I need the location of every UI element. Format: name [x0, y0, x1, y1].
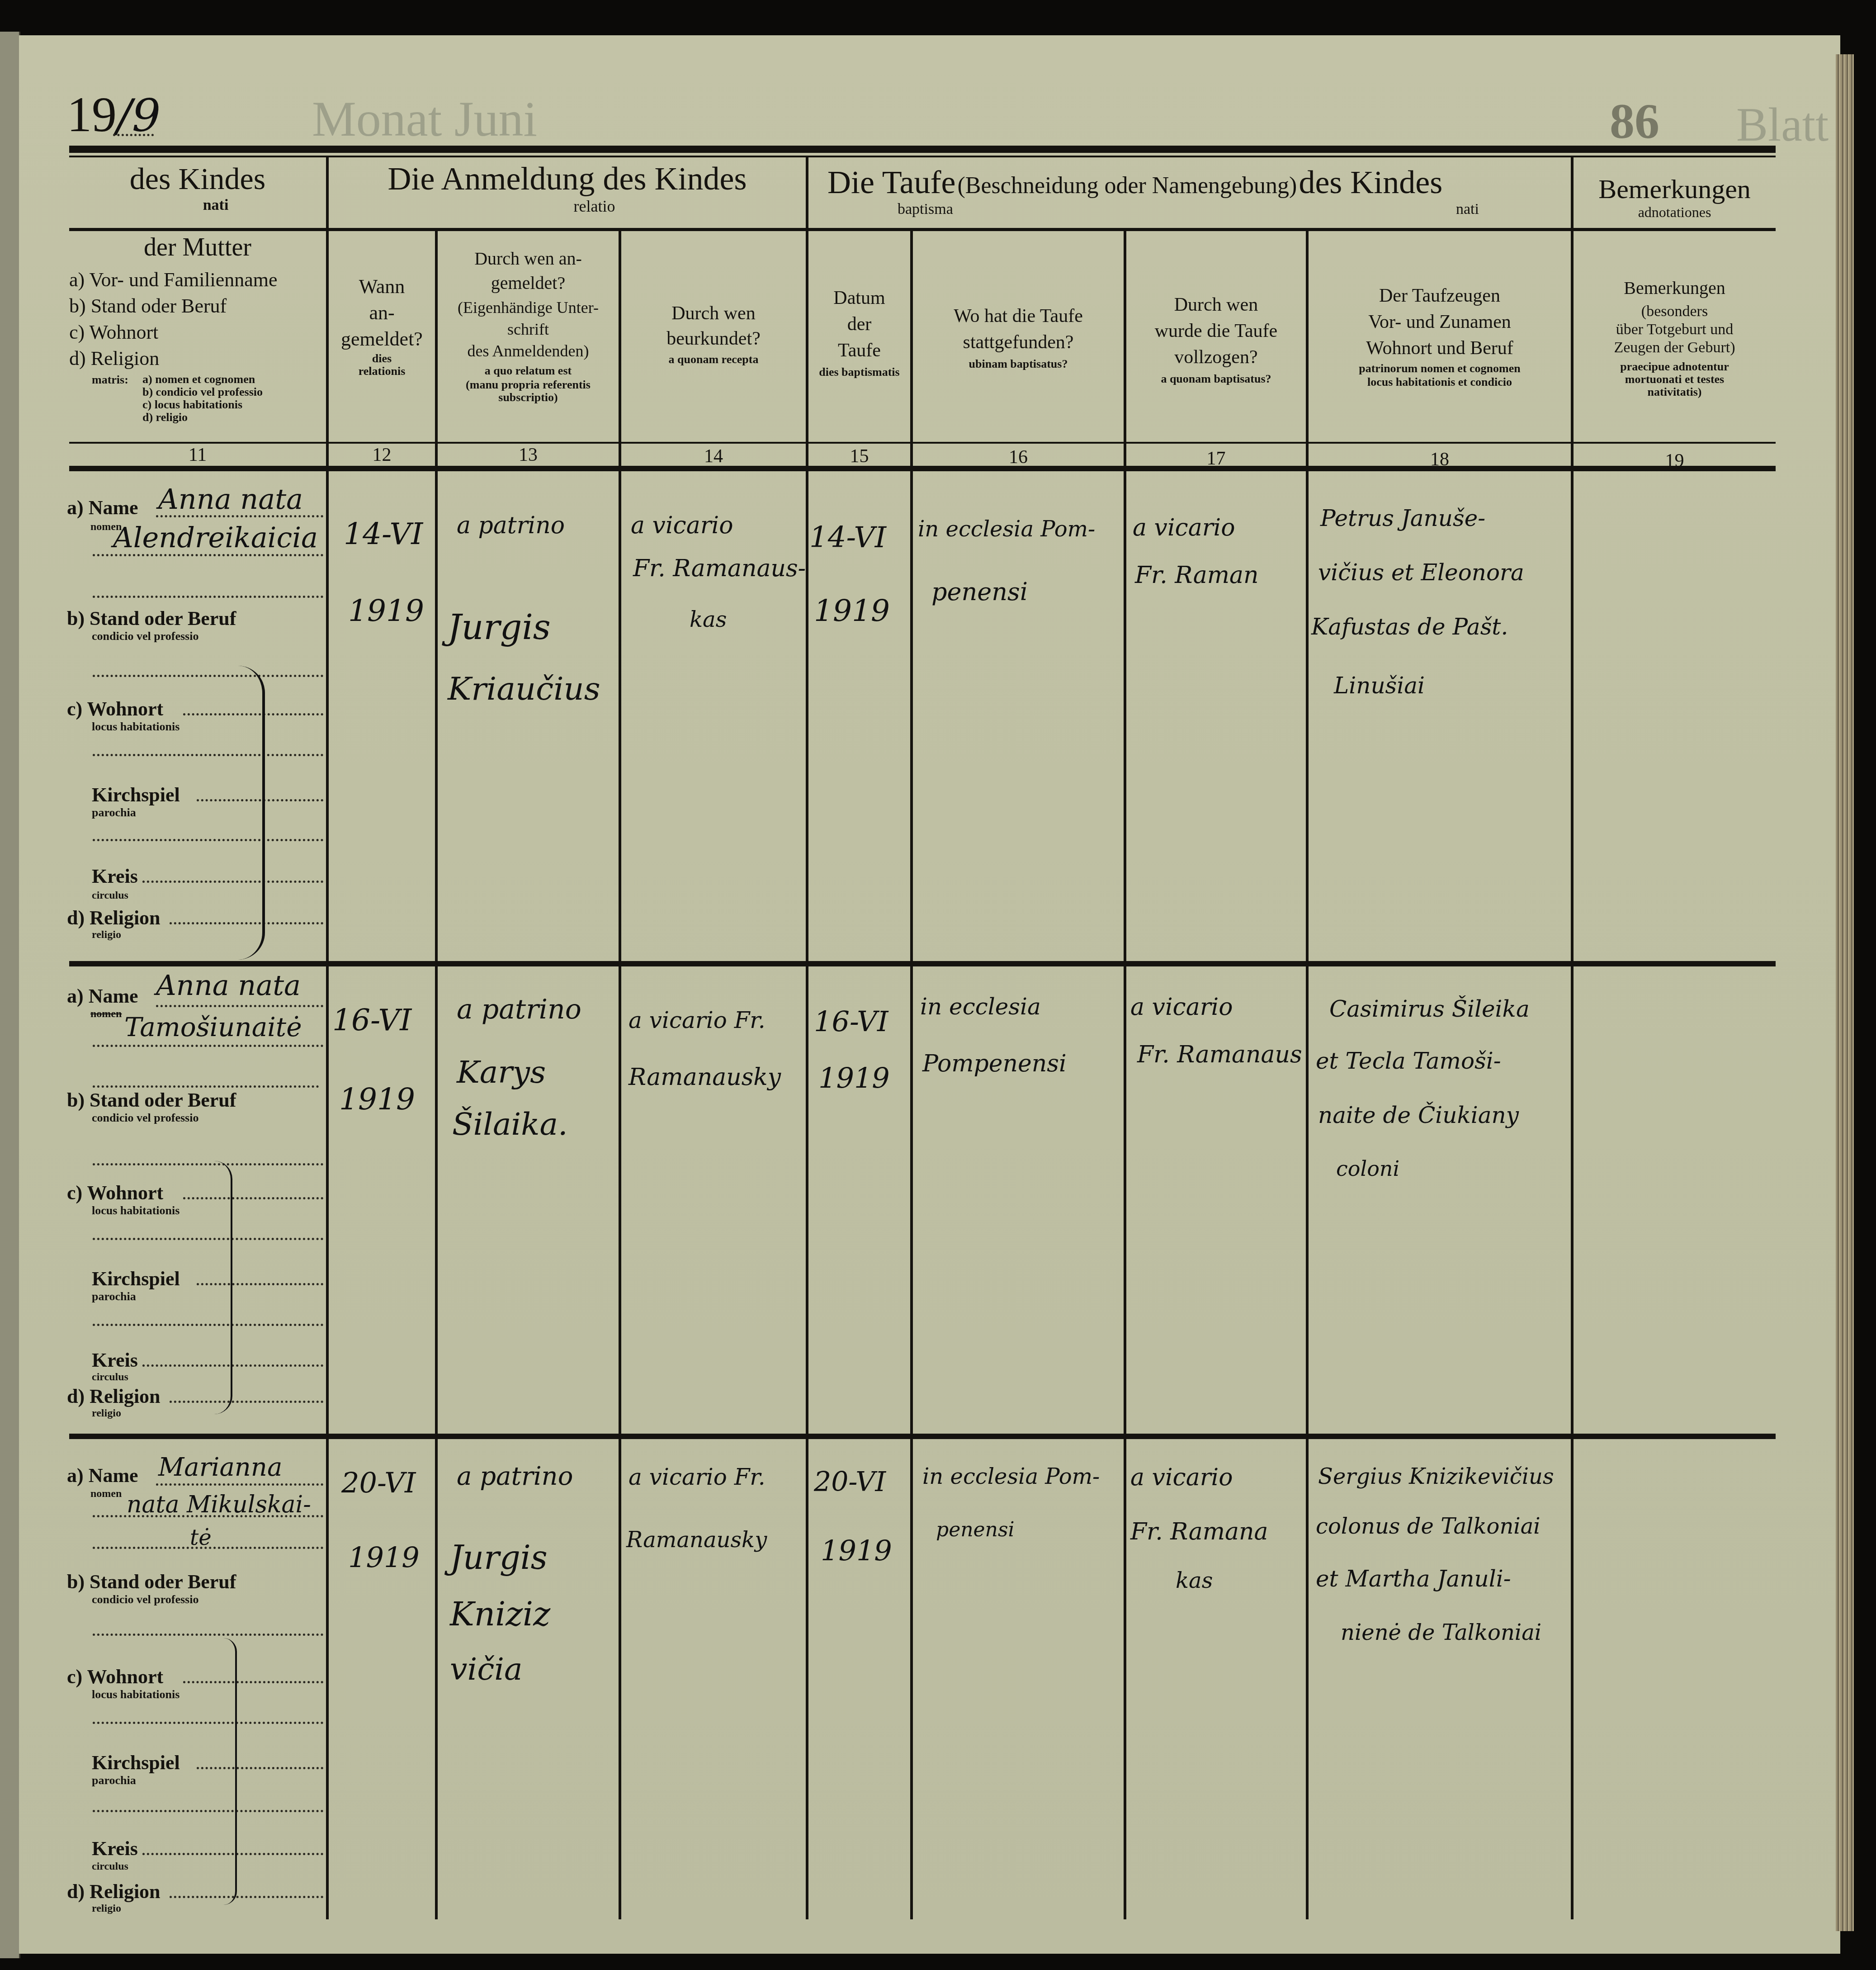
col-latin-line: b) condicio vel professio	[142, 386, 263, 398]
baptized-by-line-2: Fr. Raman	[1135, 562, 1258, 589]
col-number-17: 17	[1126, 448, 1306, 469]
col-line: Der Taufzeugen	[1309, 283, 1571, 309]
col-lines: a) Vor- und Familienname b) Stand oder B…	[69, 267, 278, 372]
name-dotted-line-3	[93, 1085, 319, 1088]
godparents-line-3: Kafustas de Pašt.	[1311, 614, 1508, 640]
col-header-15: Datum der Taufe dies baptismatis	[808, 285, 910, 381]
col-header-12: Wann an- gemeldet? dies relationis	[329, 274, 435, 378]
field-religion-label: d) Religion	[67, 1880, 161, 1903]
col-line: beurkundet?	[621, 326, 806, 351]
col-number-13: 13	[438, 444, 619, 466]
year-prefix: 19	[67, 87, 117, 142]
year-dotted-line	[113, 134, 154, 136]
col-line: des Anmeldenden)	[438, 339, 619, 363]
field-kreis-latin: circulus	[92, 890, 128, 902]
col-line: der	[808, 311, 910, 337]
mother-name-line-1: Marianna	[158, 1453, 282, 1482]
field-kirchspiel-label: Kirchspiel	[92, 1751, 180, 1774]
godparents-line-2: et Tecla Tamoši-	[1316, 1048, 1501, 1074]
col-line: gemeldet?	[329, 326, 435, 352]
col-latin-line: dies baptismatis	[808, 364, 910, 381]
name-dotted-line-3	[93, 596, 323, 598]
recorded-by-line-1: a vicario Fr.	[628, 1464, 766, 1490]
reported-date-day: 20-VI	[341, 1466, 416, 1499]
column-header-rule	[69, 442, 1776, 444]
group-latin: relatio	[383, 197, 806, 216]
field-kreis-label: Kreis	[92, 1837, 138, 1860]
group-header-taufe: Die Taufe (Beschneidung oder Namengebung…	[827, 164, 1569, 201]
entry1-bottom-rule	[69, 961, 1776, 966]
baptized-by-line-2: Fr. Ramanaus	[1137, 1041, 1302, 1068]
col-latin-line: praecipue adnotentur	[1574, 360, 1776, 373]
field-kirchspiel-latin: parochia	[92, 806, 136, 819]
field-religion-latin: religio	[92, 1903, 121, 1915]
entry-3: a) Name nomen b) Stand oder Beruf condic…	[0, 1439, 1876, 1923]
reported-by-line-3: Kniziz	[450, 1595, 550, 1633]
col-latin-line: a quonam baptisatus?	[1126, 370, 1306, 388]
top-thick-rule	[69, 146, 1776, 153]
field-wohnort-label: c) Wohnort	[67, 1665, 163, 1688]
col-latin-line: d) religio	[142, 411, 263, 424]
col-number-16: 16	[913, 446, 1124, 468]
field-stand-label: b) Stand oder Beruf	[67, 1570, 236, 1593]
col-latin-line: a) nomen et cognomen	[142, 373, 263, 386]
baptism-date-year: 1919	[814, 593, 890, 628]
col-latin-line: a quonam recepta	[621, 351, 806, 368]
group-title: des Kindes	[69, 161, 326, 197]
field-kirchspiel-label: Kirchspiel	[92, 783, 180, 806]
col-line: Zeugen der Geburt)	[1574, 339, 1776, 357]
baptism-place-line-1: in ecclesia Pom-	[918, 516, 1095, 542]
col-latin-line: ubinam baptisatus?	[913, 355, 1124, 373]
col-line: d) Religion	[69, 346, 278, 372]
col-line: Durch wen	[1126, 292, 1306, 318]
col-latin-prefix: matris:	[92, 373, 128, 387]
top-thin-rule	[69, 156, 1776, 157]
group-title: Die Taufe	[827, 164, 956, 200]
field-religion-label: d) Religion	[67, 1385, 161, 1408]
name-dotted-line-2	[93, 554, 323, 556]
group-header-bemerkungen: Bemerkungen adnotationes	[1574, 174, 1776, 221]
col-line: über Totgeburt und	[1574, 321, 1776, 339]
col-line: b) Stand oder Beruf	[69, 293, 278, 319]
field-name-latin: nomen	[90, 1008, 122, 1020]
religion-dotted-line	[170, 1401, 323, 1403]
ditto-bracket	[213, 666, 265, 960]
col-latin: a) nomen et cognomen b) condicio vel pro…	[142, 373, 263, 424]
godparents-line-4: nienė de Talkoniai	[1341, 1620, 1541, 1645]
name-dotted-line-1	[156, 1005, 323, 1007]
col-line: vollzogen?	[1126, 344, 1306, 370]
entry-1: a) Name nomen b) Stand oder Beruf condic…	[0, 471, 1876, 961]
col-line: Vor- und Zunamen	[1309, 309, 1571, 335]
field-wohnort-label: c) Wohnort	[67, 1181, 163, 1204]
godparents-line-2: colonus de Talkoniai	[1316, 1514, 1540, 1539]
col-line: Datum	[808, 285, 910, 311]
wohnort-dotted-line-2	[93, 754, 323, 756]
baptized-by-line-3: kas	[1176, 1568, 1213, 1593]
field-wohnort-label: c) Wohnort	[67, 697, 163, 720]
field-wohnort-latin: locus habitationis	[92, 1204, 180, 1217]
reported-by-line-1: a patrino	[457, 994, 581, 1025]
field-kirchspiel-latin: parochia	[92, 1774, 136, 1787]
godparents-line-2: vičius et Eleonora	[1318, 559, 1524, 586]
group-title: Bemerkungen	[1574, 174, 1776, 204]
col-header-16: Wo hat die Taufe stattgefunden? ubinam b…	[913, 303, 1124, 373]
baptized-by-line-1: a vicario	[1133, 514, 1235, 541]
col-line: Wann	[329, 274, 435, 300]
reported-by-line-4: vičia	[450, 1652, 523, 1687]
mother-name-line-2: Alendreikaicia	[113, 521, 318, 554]
reported-date-year: 1919	[348, 593, 424, 628]
name-dotted-line-2	[93, 1045, 323, 1047]
group-title-end: des Kindes	[1299, 164, 1442, 200]
kreis-dotted-line	[142, 1364, 323, 1367]
col-latin-line: nativitatis)	[1574, 386, 1776, 398]
godparents-line-1: Petrus Januše-	[1320, 505, 1485, 531]
wohnort-dotted-line-1	[183, 1681, 323, 1683]
baptism-place-line-1: in ecclesia Pom-	[922, 1464, 1100, 1489]
baptism-date-day: 16-VI	[814, 1005, 888, 1038]
reported-by-line-1: a patrino	[457, 1462, 573, 1491]
col-line: Bemerkungen	[1574, 274, 1776, 303]
col-number-18: 18	[1309, 449, 1571, 470]
col-title: der Mutter	[69, 233, 326, 262]
religion-dotted-line	[170, 1896, 323, 1898]
godparents-line-4: coloni	[1336, 1156, 1399, 1181]
reported-date-day: 14-VI	[344, 516, 423, 551]
col-latin-line: relationis	[329, 365, 435, 378]
field-stand-label: b) Stand oder Beruf	[67, 607, 236, 630]
group-header-des-kindes: des Kindes nati	[69, 161, 326, 214]
col-number-19: 19	[1574, 450, 1776, 472]
group-latin-left: baptisma	[898, 201, 953, 218]
group-latin: nati	[105, 197, 326, 214]
col-line: a) Vor- und Familienname	[69, 267, 278, 293]
col-line: Taufe	[808, 337, 910, 364]
col-latin-line: a quo relatum est	[438, 363, 619, 379]
field-name-label: a) Name	[67, 985, 138, 1008]
col-latin-line: locus habitationis et condicio	[1309, 376, 1571, 388]
reported-by-line-2: Jurgis	[450, 1539, 548, 1577]
baptized-by-line-1: a vicario	[1130, 1464, 1233, 1491]
mother-name-line-2: nata Mikulskai-	[127, 1491, 311, 1518]
col-number-14: 14	[621, 445, 806, 467]
wohnort-dotted-line-2	[93, 1722, 323, 1724]
baptism-place-line-2: penensi	[931, 578, 1028, 606]
baptism-date-year: 1919	[821, 1534, 892, 1567]
col-line: schrift	[438, 320, 619, 339]
faint-sheet-label: Blatt	[1736, 97, 1829, 152]
reported-by-line-3: Šilaika.	[452, 1107, 568, 1142]
stand-dotted-line	[93, 1634, 323, 1636]
entry2-bottom-rule	[69, 1434, 1776, 1439]
col-latin-line: (manu propria referentis	[438, 379, 619, 391]
baptism-date-year: 1919	[818, 1061, 890, 1094]
field-kreis-label: Kreis	[92, 1349, 138, 1372]
col-line: Wohnort und Beruf	[1309, 335, 1571, 361]
col-line: Durch wen an-	[438, 246, 619, 271]
field-kirchspiel-label: Kirchspiel	[92, 1267, 180, 1290]
col-line: stattgefunden?	[913, 329, 1124, 355]
entry-2: a) Name nomen b) Stand oder Beruf condic…	[0, 966, 1876, 1434]
group-header-rule	[69, 228, 1776, 231]
col-number-15: 15	[808, 445, 910, 467]
kirchspiel-dotted-line-2	[93, 839, 323, 841]
field-kreis-latin: circulus	[92, 1861, 128, 1873]
sheet-number: 86	[1610, 93, 1659, 150]
baptized-by-line-1: a vicario	[1130, 994, 1233, 1021]
stand-dotted-line	[93, 675, 323, 677]
recorded-by-line-1: a vicario Fr.	[628, 1007, 766, 1033]
field-name-label: a) Name	[67, 1464, 138, 1487]
col-number-12: 12	[329, 444, 435, 466]
godparents-line-3: et Martha Januli-	[1316, 1566, 1511, 1592]
col-header-17: Durch wen wurde die Taufe vollzogen? a q…	[1126, 292, 1306, 388]
field-religion-latin: religio	[92, 1407, 121, 1420]
ditto-bracket	[203, 1161, 232, 1414]
field-religion-label: d) Religion	[67, 906, 161, 929]
godparents-line-1: Casimirus Šileika	[1329, 996, 1530, 1022]
col-latin-line: c) locus habitationis	[142, 398, 263, 411]
col-number-11: 11	[69, 444, 326, 466]
ditto-bracket	[213, 1638, 237, 1905]
faint-month-label: Monat Juni	[312, 90, 537, 148]
field-wohnort-latin: locus habitationis	[92, 1688, 180, 1701]
col-line: an-	[329, 300, 435, 326]
reported-by-line-2: Jurgis	[448, 607, 551, 647]
field-kreis-label: Kreis	[92, 865, 138, 888]
col-line: wurde die Taufe	[1126, 318, 1306, 344]
field-name-latin: nomen	[90, 1488, 122, 1500]
field-religion-latin: religio	[92, 929, 121, 941]
recorded-by-line-2: Ramanausky	[628, 1064, 781, 1091]
reported-date-year: 1919	[348, 1541, 420, 1574]
recorded-by-line-3: kas	[690, 607, 727, 632]
recorded-by-line-2: Fr. Ramanaus-	[633, 555, 806, 582]
baptism-place-line-2: penensi	[936, 1518, 1015, 1541]
baptism-date-day: 20-VI	[814, 1466, 886, 1498]
mother-name-line-1: Anna nata	[158, 483, 303, 516]
mother-name-line-3: tė	[190, 1525, 212, 1550]
field-stand-latin: condicio vel professio	[92, 1111, 198, 1125]
col-latin-line: dies	[329, 352, 435, 365]
col-latin-line: subscriptio)	[438, 391, 619, 404]
reported-date-day: 16-VI	[332, 1003, 411, 1037]
godparents-line-4: Linušiai	[1334, 672, 1425, 699]
godparents-line-1: Sergius Knizikevičius	[1318, 1464, 1554, 1489]
col-latin-line: mortuonati et testes	[1574, 373, 1776, 386]
col-line: c) Wohnort	[69, 319, 278, 346]
reported-date-year: 1919	[339, 1082, 415, 1117]
name-dotted-line-1	[156, 1483, 323, 1486]
field-wohnort-latin: locus habitationis	[92, 720, 180, 734]
godparents-line-3: naite de Čiukiany	[1318, 1102, 1519, 1128]
group-latin: adnotationes	[1574, 204, 1776, 221]
col-line: (Eigenhändige Unter-	[438, 295, 619, 320]
col-header-13: Durch wen an- gemeldet? (Eigenhändige Un…	[438, 246, 619, 404]
kirchspiel-dotted-line-2	[93, 1810, 323, 1812]
recorded-by-line-2: Ramanausky	[626, 1527, 767, 1553]
col-header-14: Durch wen beurkundet? a quonam recepta	[621, 301, 806, 368]
col-line: (besonders	[1574, 303, 1776, 321]
mother-name-line-1: Anna nata	[156, 969, 301, 1002]
field-stand-latin: condicio vel professio	[92, 630, 198, 643]
col-latin-line: patrinorum nomen et cognomen	[1309, 361, 1571, 376]
group-title-paren: (Beschneidung oder Namengebung)	[958, 173, 1297, 199]
group-header-anmeldung: Die Anmeldung des Kindes relatio	[329, 161, 806, 216]
field-name-label: a) Name	[67, 496, 138, 519]
col-line: Durch wen	[621, 301, 806, 326]
baptism-date-day: 14-VI	[809, 521, 886, 554]
mother-name-line-2: Tamošiunaitė	[124, 1012, 302, 1042]
col-line: gemeldet?	[438, 271, 619, 295]
baptism-place-line-2: Pompenensi	[922, 1050, 1067, 1077]
col-header-19: Bemerkungen (besonders über Totgeburt un…	[1574, 274, 1776, 398]
field-stand-label: b) Stand oder Beruf	[67, 1089, 236, 1112]
field-kreis-latin: circulus	[92, 1371, 128, 1383]
baptism-place-line-1: in ecclesia	[920, 994, 1041, 1020]
field-stand-latin: condicio vel professio	[92, 1593, 198, 1606]
reported-by-line-2: Karys	[457, 1055, 546, 1090]
recorded-by-line-1: a vicario	[631, 512, 733, 539]
col-line: Wo hat die Taufe	[913, 303, 1124, 329]
group-latin-right: nati	[1456, 201, 1479, 218]
baptized-by-line-2: Fr. Ramana	[1130, 1518, 1268, 1545]
reported-by-line-1: a patrino	[457, 512, 565, 539]
col-header-18: Der Taufzeugen Vor- und Zunamen Wohnort …	[1309, 283, 1571, 388]
reported-by-line-3: Kriaučius	[448, 670, 600, 707]
group-title: Die Anmeldung des Kindes	[329, 161, 806, 197]
field-kirchspiel-latin: parochia	[92, 1290, 136, 1303]
